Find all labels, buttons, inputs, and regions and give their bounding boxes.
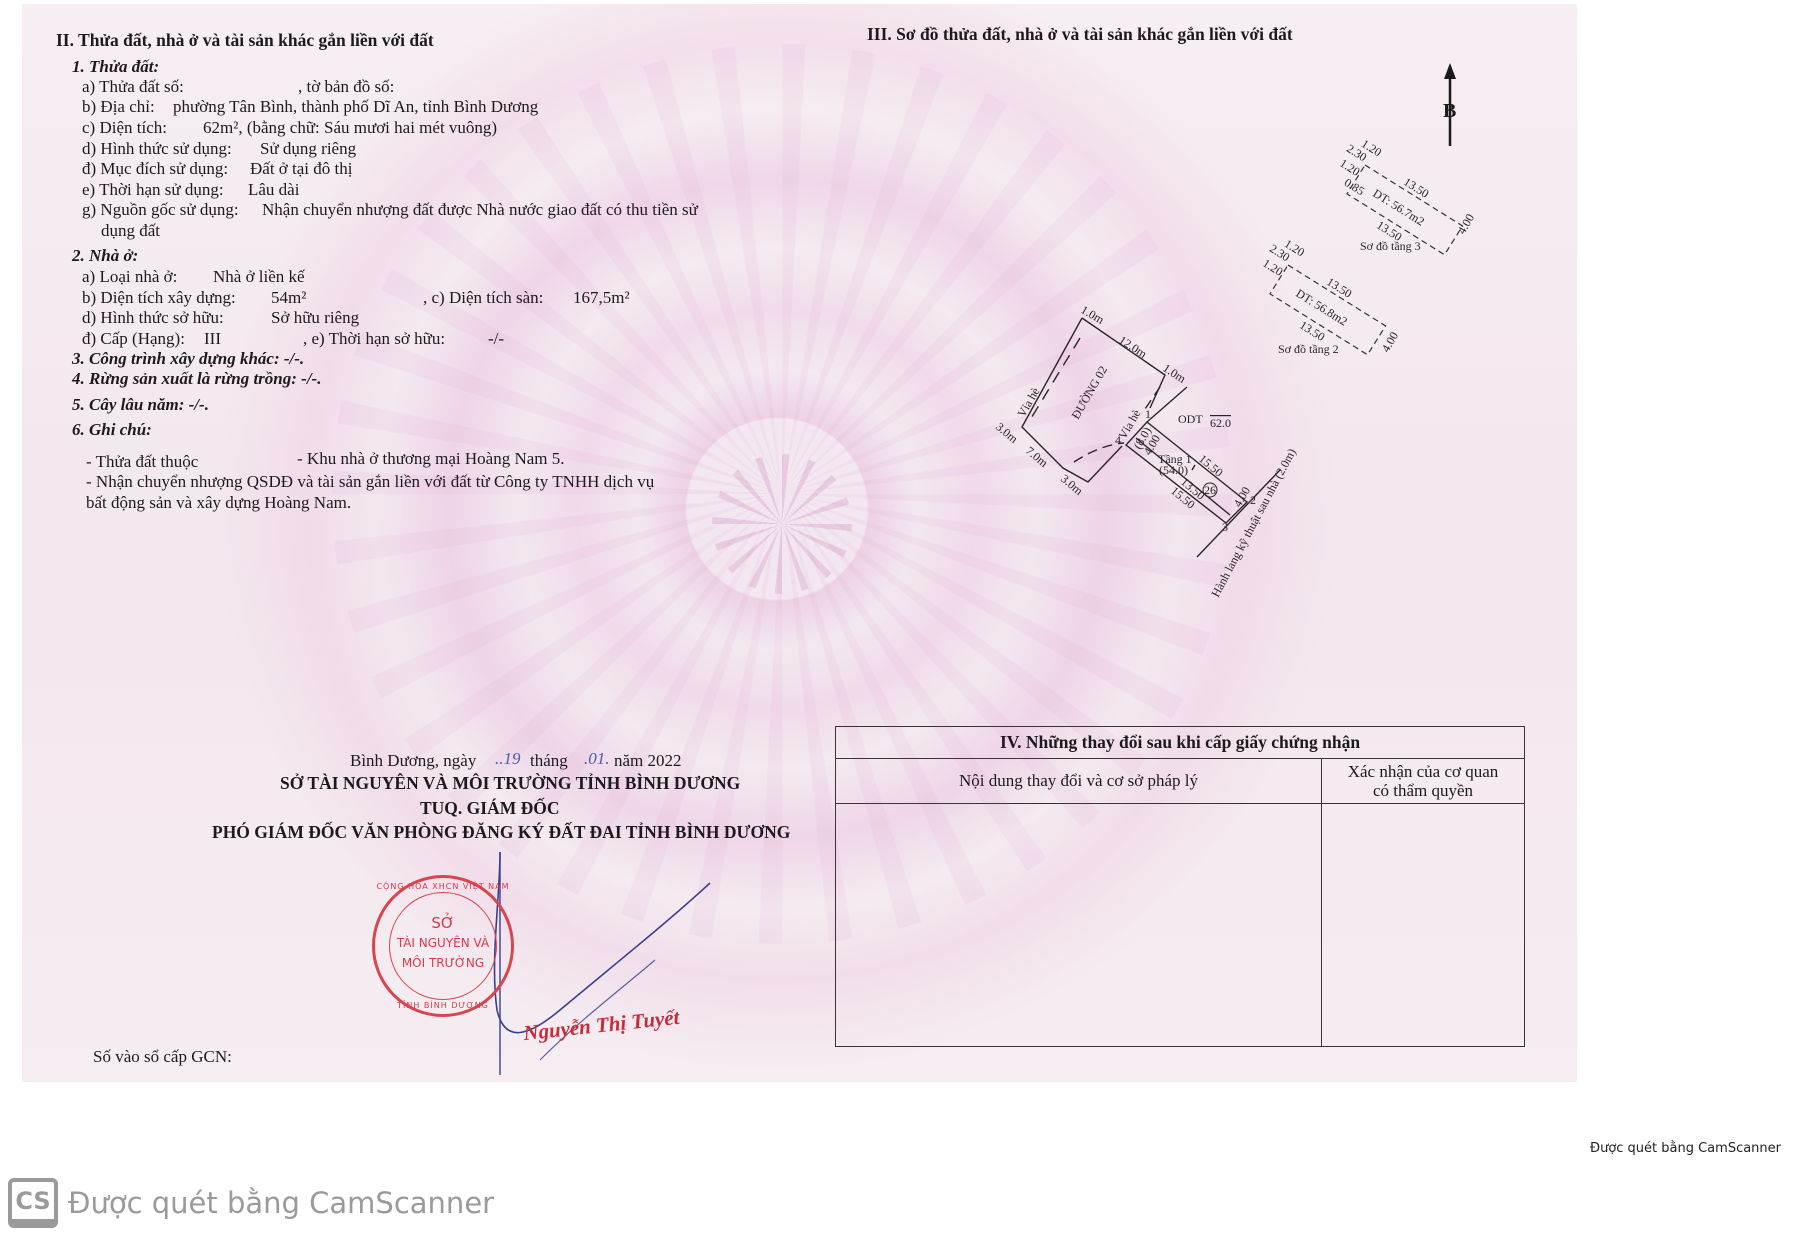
svg-text:4: 4 <box>1115 433 1121 447</box>
svg-text:3: 3 <box>1222 520 1228 534</box>
parcel-number: 26 <box>1204 483 1216 497</box>
svg-text:62.0: 62.0 <box>1210 416 1231 430</box>
svg-text:3.0m: 3.0m <box>993 420 1021 447</box>
on-behalf-of: TUQ. GIÁM ĐỐC <box>420 798 560 818</box>
scanner-footer: CS Được quét bằng CamScanner <box>8 1178 494 1228</box>
floor3-caption: Sơ đồ tầng 3 <box>1360 239 1421 253</box>
scanner-caption: Được quét bằng CamScanner <box>68 1186 494 1220</box>
north-label: B <box>1443 100 1456 122</box>
signer-position: PHÓ GIÁM ĐỐC VĂN PHÒNG ĐĂNG KÝ ĐẤT ĐAI T… <box>212 822 790 842</box>
register-number-label: Số vào sổ cấp GCN: <box>93 1047 232 1067</box>
month-label: tháng <box>530 751 568 771</box>
svg-text:12.0m: 12.0m <box>1116 333 1150 362</box>
svg-text:0.85: 0.85 <box>1342 175 1367 198</box>
svg-text:ODT: ODT <box>1178 412 1203 426</box>
svg-text:15.50: 15.50 <box>1196 452 1226 480</box>
svg-text:1.0m: 1.0m <box>1160 361 1189 386</box>
floor2-caption: Sơ đồ tầng 2 <box>1278 342 1339 356</box>
svg-text:Vỉa hè: Vỉa hè <box>1014 385 1042 419</box>
issuing-org: SỞ TÀI NGUYÊN VÀ MÔI TRƯỜNG TỈNH BÌNH DƯ… <box>280 773 740 793</box>
year-label: năm 2022 <box>614 751 682 771</box>
svg-text:3.0m: 3.0m <box>1058 472 1086 499</box>
change-content-cell <box>836 804 1322 1047</box>
section4-title: IV. Những thay đổi sau khi cấp giấy chứn… <box>836 727 1525 759</box>
place-date-label: Bình Dương, ngày <box>350 751 476 771</box>
date-month: .01. <box>584 749 610 769</box>
site-plan-diagram: B 13.50 13.50 DT: 56.7m2 1.20 2.30 1.20 … <box>0 0 1800 1236</box>
svg-text:(54.0): (54.0) <box>1159 463 1188 477</box>
camscanner-logo-icon: CS <box>8 1178 58 1228</box>
authority-confirmation-cell <box>1322 804 1525 1047</box>
svg-text:13.50: 13.50 <box>1297 318 1327 344</box>
floor2-width: 4.00 <box>1378 329 1401 354</box>
svg-text:ĐƯỜNG 02: ĐƯỜNG 02 <box>1068 363 1110 421</box>
changes-table: IV. Những thay đổi sau khi cấp giấy chứn… <box>835 726 1525 1047</box>
column-authority-confirmation: Xác nhận của cơ quancó thẩm quyền <box>1322 759 1525 804</box>
svg-text:1.0m: 1.0m <box>1079 302 1108 327</box>
svg-text:7.0m: 7.0m <box>1023 444 1051 471</box>
svg-text:1: 1 <box>1145 407 1151 421</box>
date-day: ..19 <box>495 749 521 769</box>
official-stamp: CỘNG HÒA XHCN VIỆT NAM SỞ TÀI NGUYÊN VÀ … <box>372 875 514 1017</box>
column-change-content: Nội dung thay đổi và cơ sở pháp lý <box>836 759 1322 804</box>
scanner-caption-small: Được quét bằng CamScanner <box>1590 1141 1781 1156</box>
